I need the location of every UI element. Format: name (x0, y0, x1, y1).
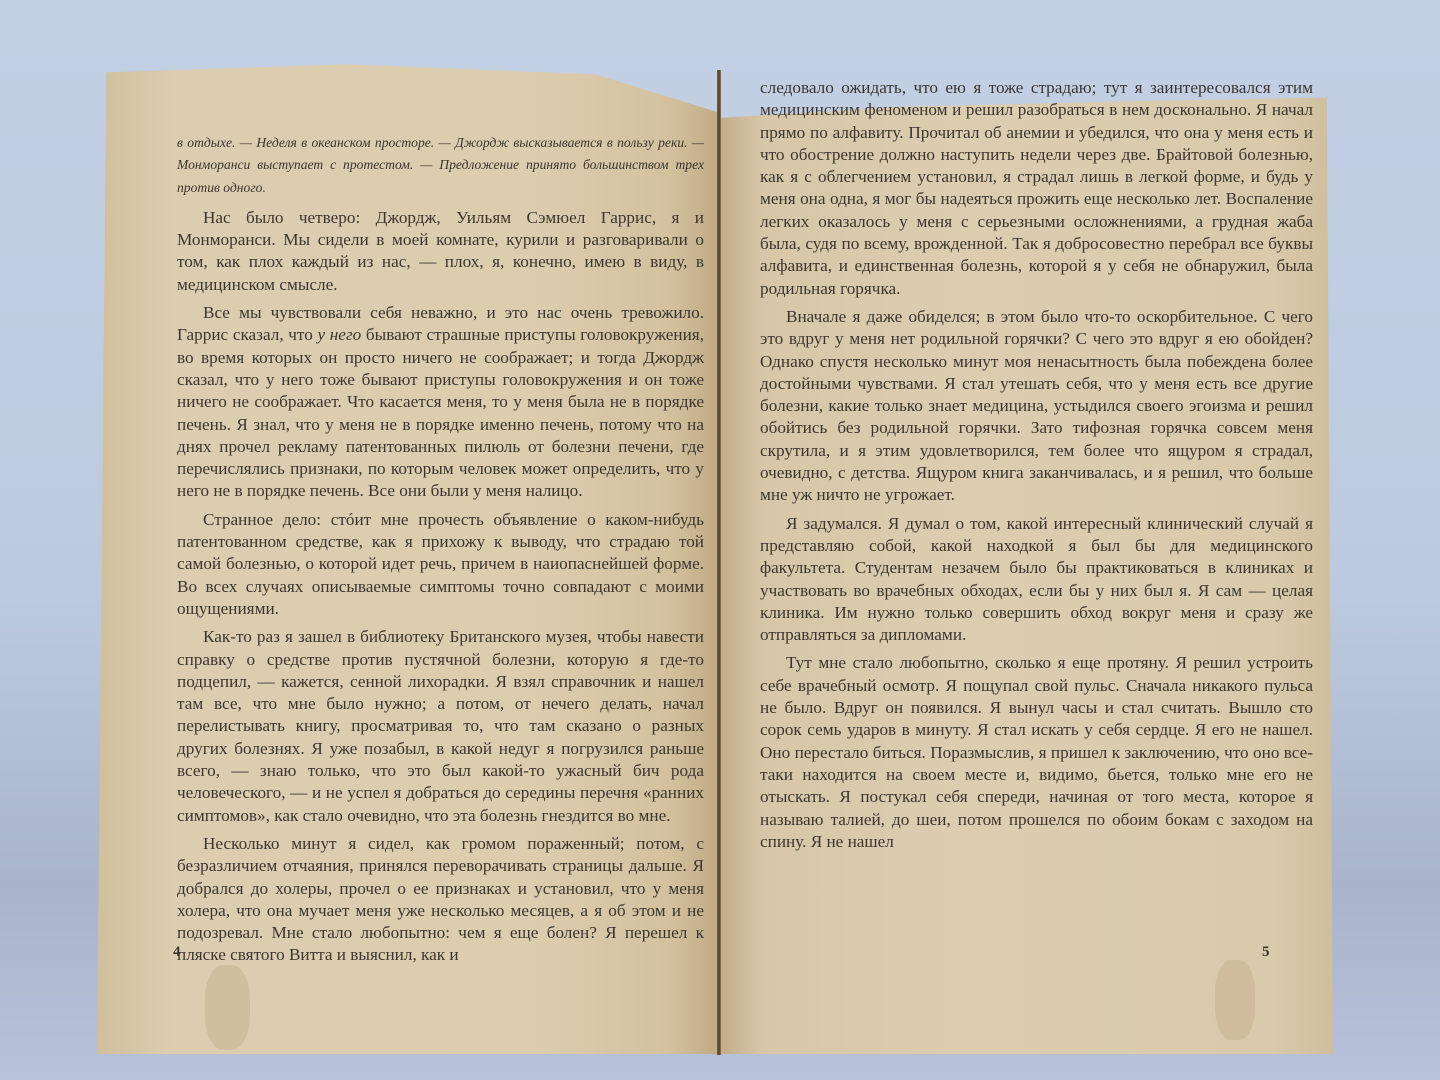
paper-stain (205, 965, 250, 1050)
paragraph: Я задумался. Я думал о том, какой интере… (760, 513, 1313, 647)
chapter-summary: в отдыхе. — Неделя в океанском просторе.… (177, 132, 704, 199)
book-spine (717, 70, 721, 1055)
paper-stain (1215, 960, 1255, 1040)
paragraph: Все мы чувствовали себя неважно, и это н… (177, 302, 704, 503)
paragraph: Вначале я даже обиделся; в этом было что… (760, 306, 1313, 507)
paragraph: Как-то раз я зашел в библиотеку Британск… (177, 626, 704, 827)
page-number-right: 5 (1262, 944, 1270, 961)
paragraph: Нас было четверо: Джордж, Уильям Сэмюел … (177, 207, 704, 296)
text-run: бывают страшные приступы головокружения,… (177, 325, 704, 500)
italic-emphasis: у него (317, 325, 361, 344)
paragraph: Тут мне стало любопытно, сколько я еще п… (760, 652, 1313, 853)
right-page-text: следовало ожидать, что ею я тоже страдаю… (760, 77, 1313, 859)
page-number-left: 4 (173, 944, 181, 961)
paragraph: следовало ожидать, что ею я тоже страдаю… (760, 77, 1313, 300)
paragraph: Несколько минут я сидел, как громом пора… (177, 833, 704, 967)
paragraph: Странное дело: стóит мне прочесть объявл… (177, 509, 704, 620)
left-page-text: в отдыхе. — Неделя в океанском просторе.… (177, 132, 704, 973)
